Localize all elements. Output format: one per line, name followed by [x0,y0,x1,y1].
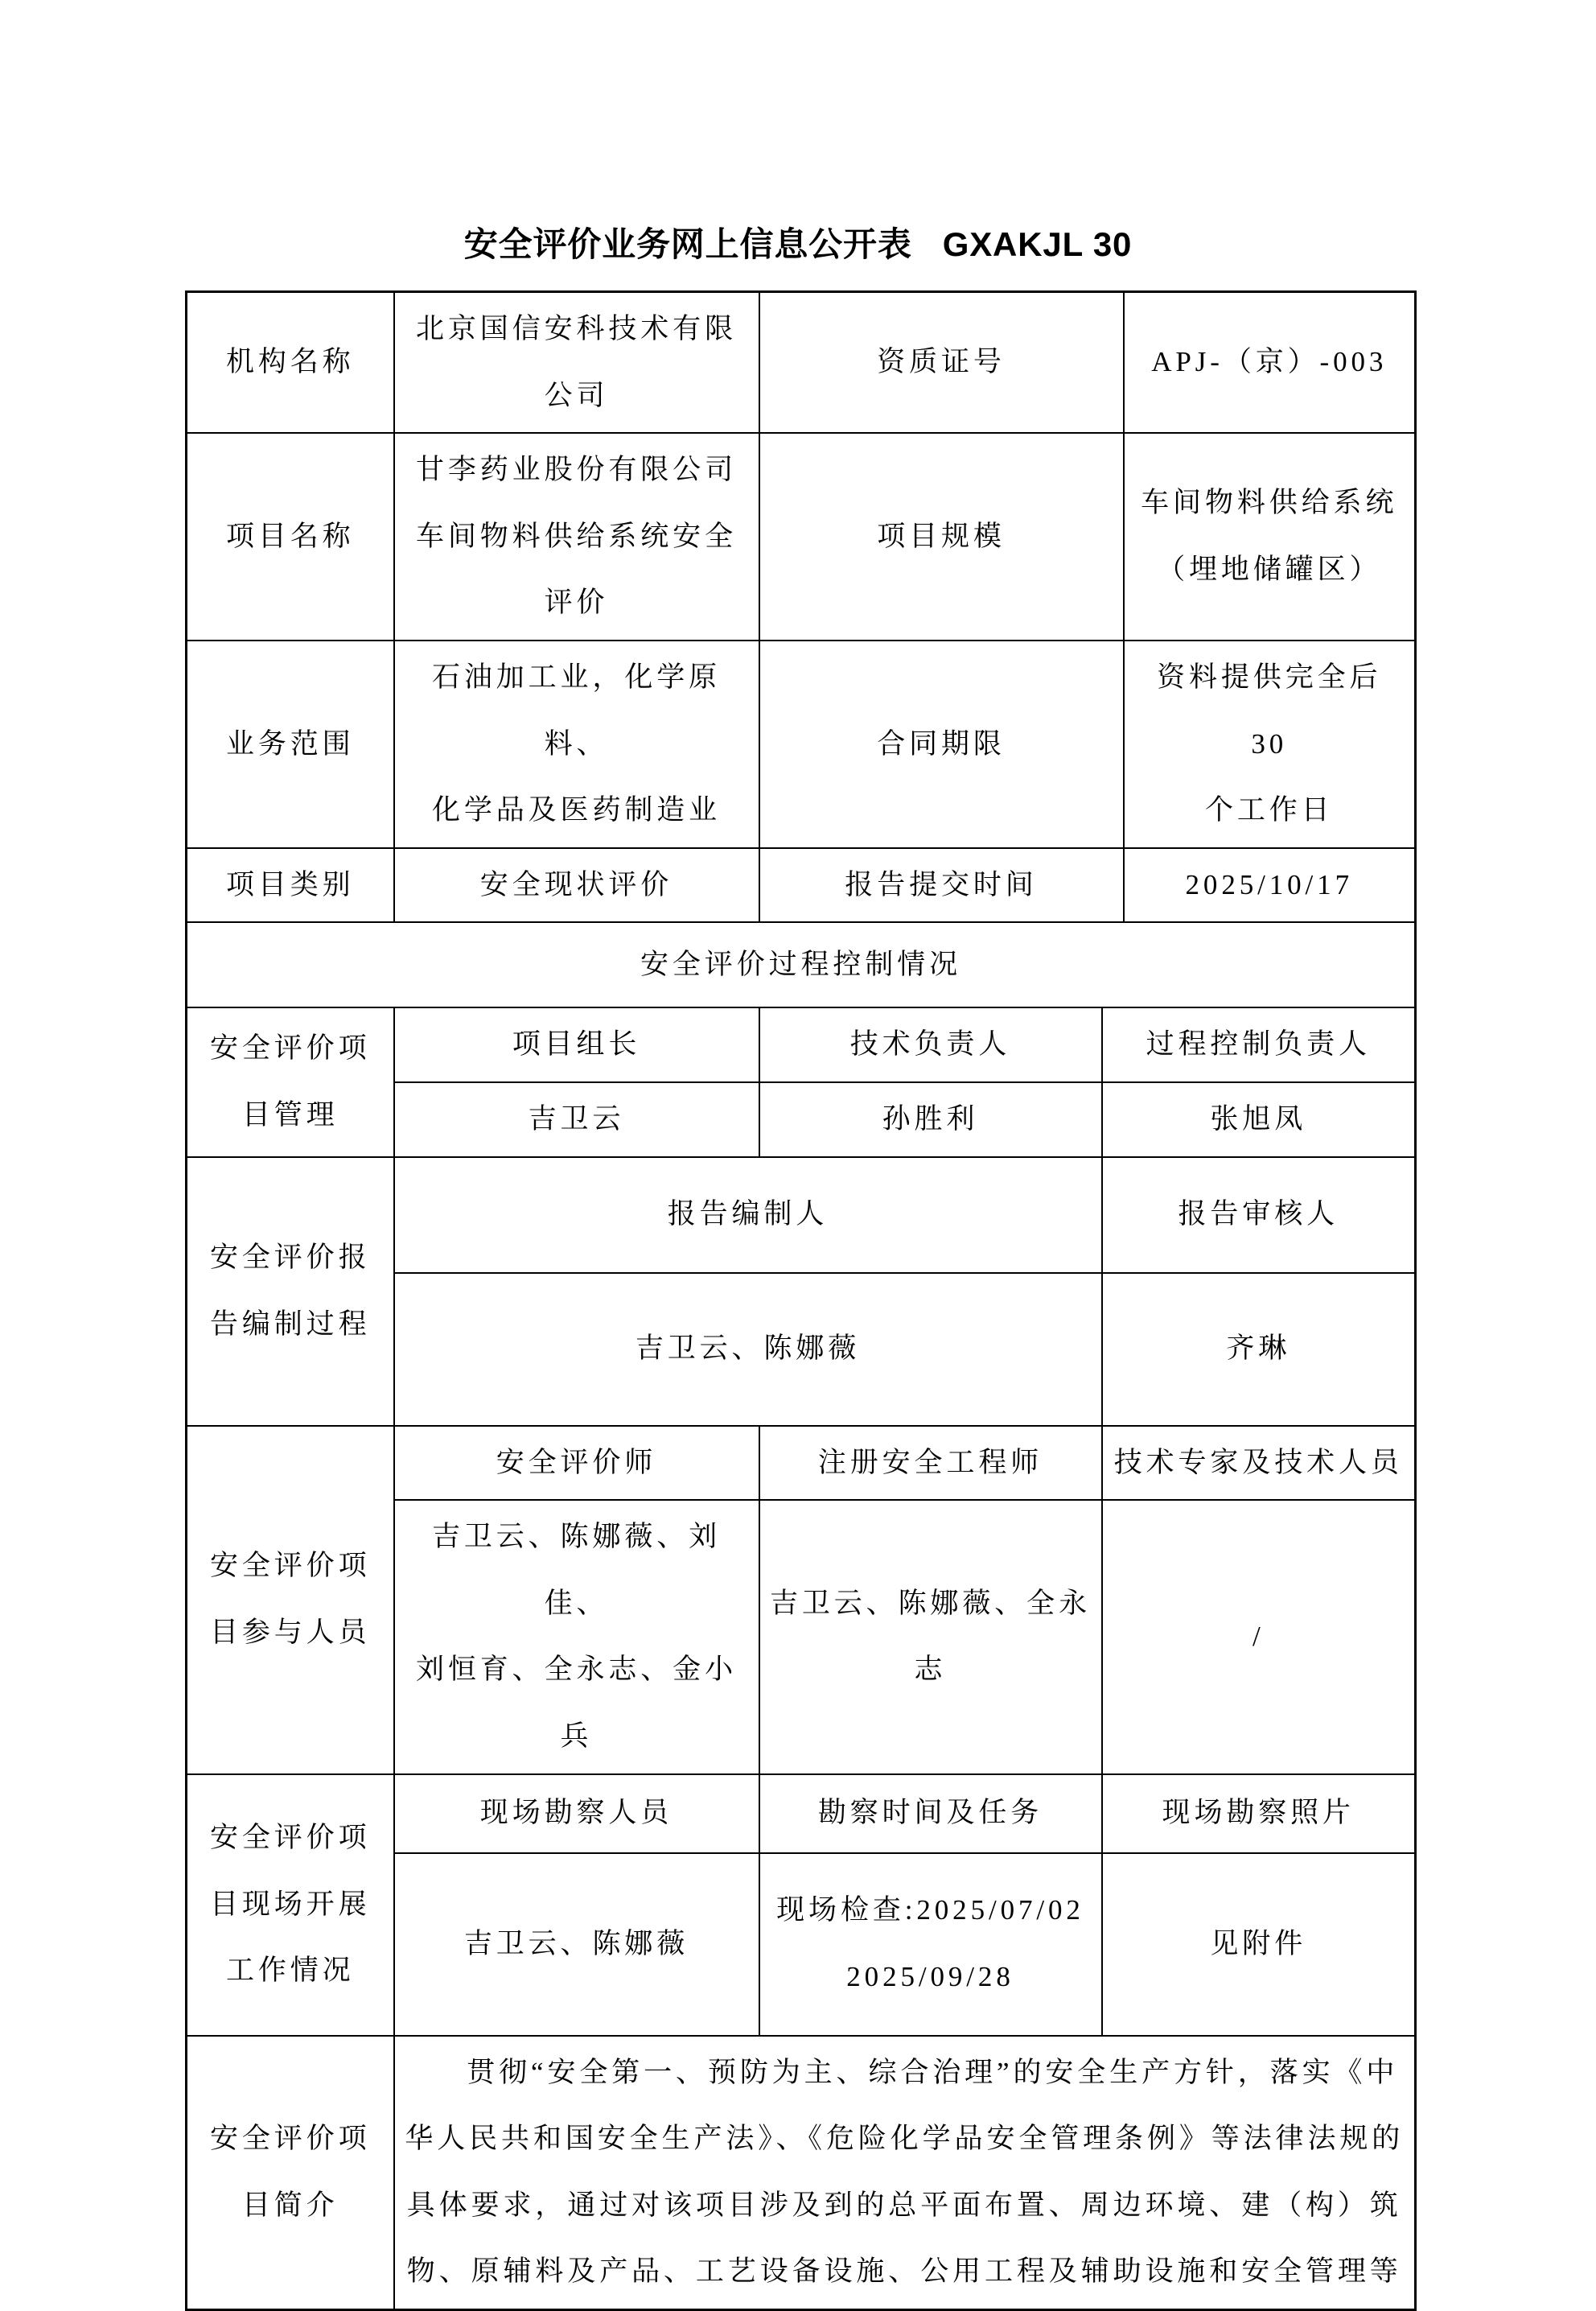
report-submit-label: 报告提交时间 [759,848,1124,923]
org-name-value: 北京国信安科技术有限 公司 [394,292,759,434]
cert-no-label: 资质证号 [759,292,1124,434]
site-photo-header: 现场勘察照片 [1102,1774,1416,1853]
section-title-process-control: 安全评价过程控制情况 [187,923,1416,1007]
project-leader-value: 吉卫云 [394,1082,759,1157]
process-control-director-header: 过程控制负责人 [1102,1007,1416,1082]
info-table-top: 机构名称 北京国信安科技术有限 公司 资质证号 APJ-（京）-003 项目名称… [185,290,1417,923]
project-scale-label: 项目规模 [759,433,1124,641]
report-submit-value: 2025/10/17 [1124,848,1416,923]
safety-assessor-header: 安全评价师 [394,1426,759,1501]
business-scope-label: 业务范围 [187,641,394,848]
site-survey-staff-value: 吉卫云、陈娜薇 [394,1853,759,2036]
business-scope-value: 石油加工业，化学原料、 化学品及医药制造业 [394,641,759,848]
site-survey-staff-header: 现场勘察人员 [394,1774,759,1853]
report-reviewer-header: 报告审核人 [1102,1157,1416,1273]
report-compiler-header: 报告编制人 [394,1157,1102,1273]
project-scale-value: 车间物料供给系统 （埋地储罐区） [1124,433,1416,641]
project-name-label: 项目名称 [187,433,394,641]
contract-term-label: 合同期限 [759,641,1124,848]
project-name-value: 甘李药业股份有限公司 车间物料供给系统安全 评价 [394,433,759,641]
registered-engineer-header: 注册安全工程师 [759,1426,1102,1501]
management-section-label: 安全评价项 目管理 [187,1007,394,1156]
org-name-label: 机构名称 [187,292,394,434]
survey-time-task-value: 现场检查:2025/07/02 2025/09/28 [759,1853,1102,2036]
report-reviewer-value: 齐琳 [1102,1273,1416,1426]
tech-expert-value: / [1102,1500,1416,1773]
report-compiler-value: 吉卫云、陈娜薇 [394,1273,1102,1426]
tech-director-value: 孙胜利 [759,1082,1102,1157]
project-leader-header: 项目组长 [394,1007,759,1082]
project-intro-label: 安全评价项 目简介 [187,2036,394,2310]
tech-expert-header: 技术专家及技术人员 [1102,1426,1416,1501]
page-title-code: GXAKJL 30 [943,225,1133,263]
info-table-bottom: 安全评价过程控制情况 安全评价项 目管理 项目组长 技术负责人 过程控制负责人 … [185,923,1417,2311]
survey-time-task-header: 勘察时间及任务 [759,1774,1102,1853]
report-section-label: 安全评价报 告编制过程 [187,1157,394,1426]
participants-section-label: 安全评价项 目参与人员 [187,1426,394,1774]
registered-engineer-value: 吉卫云、陈娜薇、全永 志 [759,1500,1102,1773]
site-photo-value: 见附件 [1102,1853,1416,2036]
safety-assessor-value: 吉卫云、陈娜薇、刘佳、 刘恒育、全永志、金小 兵 [394,1500,759,1773]
project-category-label: 项目类别 [187,848,394,923]
contract-term-value: 资料提供完全后 30 个工作日 [1124,641,1416,848]
cert-no-value: APJ-（京）-003 [1124,292,1416,434]
document-page: 安全评价业务网上信息公开表GXAKJL 30 机构名称 北京国信安科技术有限 公… [0,0,1596,2258]
page-title-text: 安全评价业务网上信息公开表 [464,225,912,263]
site-work-section-label: 安全评价项 目现场开展 工作情况 [187,1774,394,2036]
page-title: 安全评价业务网上信息公开表GXAKJL 30 [0,225,1596,264]
project-intro-text: 贯彻“安全第一、预防为主、综合治理”的安全生产方针，落实《中华人民共和国安全生产… [394,2036,1416,2310]
process-control-director-value: 张旭凤 [1102,1082,1416,1157]
project-category-value: 安全现状评价 [394,848,759,923]
tech-director-header: 技术负责人 [759,1007,1102,1082]
